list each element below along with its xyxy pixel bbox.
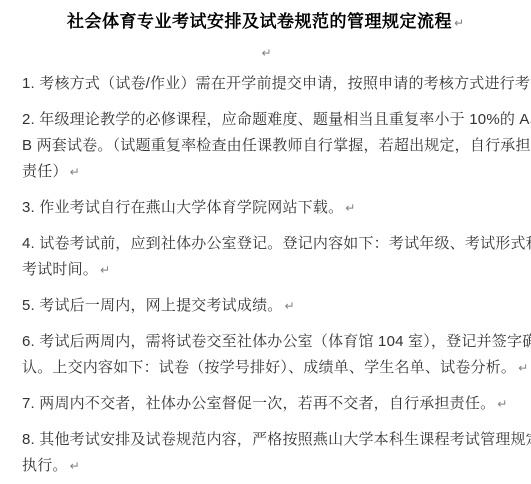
paragraph-8-line-2: 执行。↵ — [22, 453, 531, 479]
paragraph-7-line-1-text: 7. 两周内不交者，社体办公室督促一次，若再不交者，自行承担责任。 — [22, 395, 495, 412]
paragraph-mark-icon: ↵ — [454, 16, 464, 30]
paragraph-4-line-1: 4. 试卷考试前，应到社体办公室登记。登记内容如下：考试年级、考试形式和 — [22, 231, 531, 257]
paragraph-4: 4. 试卷考试前，应到社体办公室登记。登记内容如下：考试年级、考试形式和 考试时… — [22, 231, 531, 283]
empty-paragraph-line: ↵ — [0, 35, 531, 71]
paragraph-3: 3. 作业考试自行在燕山大学体育学院网站下载。↵ — [22, 195, 531, 221]
paragraph-7: 7. 两周内不交者，社体办公室督促一次，若再不交者，自行承担责任。↵ — [22, 391, 531, 417]
paragraph-4-line-2: 考试时间。↵ — [22, 257, 531, 283]
paragraph-2-line-3-text: 责任） — [22, 163, 68, 180]
paragraph-mark-icon: ↵ — [70, 165, 80, 179]
document-title-line: 社会体育专业考试安排及试卷规范的管理规定流程↵ — [0, 10, 531, 35]
paragraph-4-line-2-text: 考试时间。 — [22, 261, 98, 278]
paragraph-5: 5. 考试后一周内，网上提交考试成绩。↵ — [22, 293, 531, 319]
paragraph-mark-icon: ↵ — [70, 459, 80, 473]
paragraph-6: 6. 考试后两周内，需将试卷交至社体办公室（体育馆 104 室），登记并签字确 … — [22, 329, 531, 381]
paragraph-8-line-1: 8. 其他考试安排及试卷规范内容，严格按照燕山大学本科生课程考试管理规定 — [22, 427, 531, 453]
paragraph-2-line-2: B 两套试卷。（试题重复率检查由任课教师自行掌握，若超出规定，自行承担 — [22, 133, 531, 159]
paragraph-3-line-1: 3. 作业考试自行在燕山大学体育学院网站下载。↵ — [22, 195, 531, 221]
paragraph-5-line-1-text: 5. 考试后一周内，网上提交考试成绩。 — [22, 297, 282, 314]
paragraph-mark-icon: ↵ — [261, 46, 271, 60]
paragraph-mark-icon: ↵ — [284, 299, 294, 313]
paragraph-6-line-1: 6. 考试后两周内，需将试卷交至社体办公室（体育馆 104 室），登记并签字确 — [22, 329, 531, 355]
paragraph-8-line-2-text: 执行。 — [22, 457, 68, 474]
paragraph-3-line-1-text: 3. 作业考试自行在燕山大学体育学院网站下载。 — [22, 199, 343, 216]
paragraph-mark-icon: ↵ — [345, 201, 355, 215]
document-page: 社会体育专业考试安排及试卷规范的管理规定流程↵ ↵ 1. 考核方式（试卷/作业）… — [0, 0, 531, 484]
document-title: 社会体育专业考试安排及试卷规范的管理规定流程 — [67, 12, 452, 31]
paragraph-6-line-2: 认。上交内容如下：试卷（按学号排好）、成绩单、学生名单、试卷分析。↵ — [22, 355, 531, 381]
paragraph-2-line-1: 2. 年级理论教学的必修课程，应命题难度、题量相当且重复率小于 10%的 A、 — [22, 107, 531, 133]
paragraph-5-line-1: 5. 考试后一周内，网上提交考试成绩。↵ — [22, 293, 531, 319]
paragraph-2: 2. 年级理论教学的必修课程，应命题难度、题量相当且重复率小于 10%的 A、 … — [22, 107, 531, 185]
paragraph-mark-icon: ↵ — [497, 397, 507, 411]
paragraph-mark-icon: ↵ — [518, 361, 528, 375]
paragraph-8: 8. 其他考试安排及试卷规范内容，严格按照燕山大学本科生课程考试管理规定 执行。… — [22, 427, 531, 479]
paragraph-7-line-1: 7. 两周内不交者，社体办公室督促一次，若再不交者，自行承担责任。↵ — [22, 391, 531, 417]
paragraph-mark-icon: ↵ — [100, 263, 110, 277]
paragraph-1: 1. 考核方式（试卷/作业）需在开学前提交申请，按照申请的考核方式进行考试。 — [22, 71, 531, 97]
paragraph-1-line-1: 1. 考核方式（试卷/作业）需在开学前提交申请，按照申请的考核方式进行考试。 — [22, 71, 531, 97]
paragraph-6-line-2-text: 认。上交内容如下：试卷（按学号排好）、成绩单、学生名单、试卷分析。 — [22, 359, 516, 376]
paragraph-2-line-3: 责任）↵ — [22, 159, 531, 185]
